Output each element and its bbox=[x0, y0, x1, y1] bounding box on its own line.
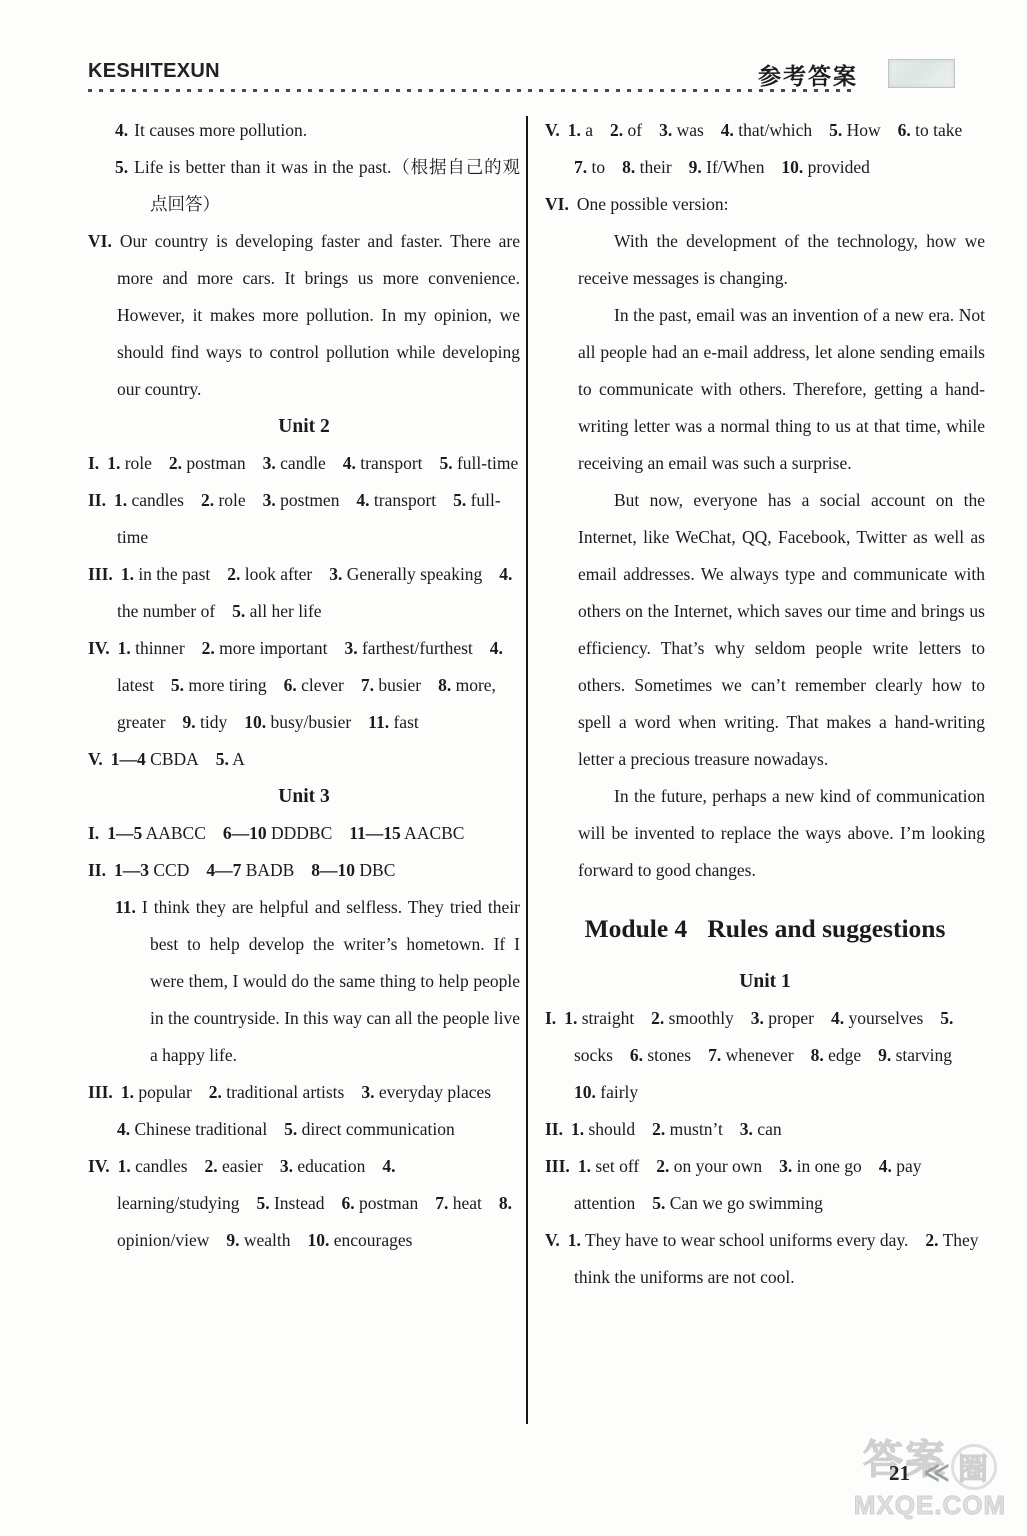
item-number: 5. bbox=[232, 601, 245, 621]
essay-paragraph: With the development of the technology, … bbox=[578, 223, 985, 297]
answer-item: 9. wealth bbox=[226, 1230, 290, 1250]
item-number: 4. bbox=[499, 564, 512, 584]
answer-item: 8—10 DBC bbox=[311, 860, 395, 880]
answer-items: 1. They have to wear school uniforms eve… bbox=[568, 1230, 979, 1287]
item-number: 1. bbox=[114, 490, 127, 510]
answer-item: 1. should bbox=[571, 1119, 635, 1139]
section-label: III. bbox=[88, 1082, 113, 1102]
section-label: VI. bbox=[88, 231, 112, 251]
item-number: 3. bbox=[659, 120, 672, 140]
answer-item: 2. traditional artists bbox=[209, 1082, 345, 1102]
unit-2-heading: Unit 2 bbox=[88, 408, 520, 445]
item-number: 2. bbox=[201, 490, 214, 510]
section-label: I. bbox=[545, 1008, 556, 1028]
answer-item: 2. more important bbox=[202, 638, 328, 658]
item-number: 5. bbox=[171, 675, 184, 695]
item-number: 2. bbox=[656, 1156, 669, 1176]
answer-items: 1. in the past 2. look after 3. Generall… bbox=[117, 564, 512, 621]
section-label: IV. bbox=[88, 638, 110, 658]
answer-item: 10. provided bbox=[781, 157, 869, 177]
answer-item: 6. clever bbox=[284, 675, 344, 695]
answer-item: 11. fast bbox=[368, 712, 419, 732]
answer-item: 1—5 AABCC bbox=[107, 823, 206, 843]
answer-item: 7. to bbox=[574, 157, 605, 177]
item-number: 5. bbox=[216, 749, 229, 769]
item-number: 9. bbox=[689, 157, 702, 177]
item-number: 5. bbox=[115, 157, 128, 177]
essay-paragraph: In the past, email was an invention of a… bbox=[578, 297, 985, 482]
item-number: 2. bbox=[202, 638, 215, 658]
answer-items: 1. should 2. mustn’t 3. can bbox=[571, 1119, 782, 1139]
answer-items: 1. candles 2. role 3. postmen 4. transpo… bbox=[114, 490, 501, 547]
item-number: 3. bbox=[263, 453, 276, 473]
answer-item: 5. How bbox=[829, 120, 881, 140]
answer-item: 6. stones bbox=[630, 1045, 691, 1065]
essay-paragraph: But now, everyone has a social account o… bbox=[578, 482, 985, 778]
module-title: Rules and suggestions bbox=[707, 914, 945, 943]
answer-item: 2. postman bbox=[169, 453, 246, 473]
section-line: III.1. set off 2. on your own 3. in one … bbox=[545, 1148, 985, 1222]
answer-items: 1. candles 2. easier 3. education 4. lea… bbox=[117, 1156, 512, 1250]
item-number: 1. bbox=[121, 1082, 134, 1102]
item-number: 4. bbox=[382, 1156, 395, 1176]
answer-item: 4. transport bbox=[356, 490, 436, 510]
answer-item: 5. Can we go swimming bbox=[652, 1193, 823, 1213]
answer-item: 3. in one go bbox=[779, 1156, 862, 1176]
item-number: 3. bbox=[751, 1008, 764, 1028]
item-number: 1. bbox=[571, 1119, 584, 1139]
answer-items: 1. role 2. postman 3. candle 4. transpor… bbox=[107, 453, 518, 473]
item-number: 1. bbox=[118, 1156, 131, 1176]
answer-text: It causes more pollution. bbox=[134, 120, 307, 140]
section-label: III. bbox=[88, 564, 113, 584]
watermark-badge-icon: 圈 bbox=[951, 1444, 997, 1490]
item-number: 1—3 bbox=[114, 860, 149, 880]
section-line: II.1. should 2. mustn’t 3. can bbox=[545, 1111, 985, 1148]
answer-item: 1. set off bbox=[578, 1156, 639, 1176]
answer-item: 7. busier bbox=[361, 675, 421, 695]
answer-item: 4. transport bbox=[343, 453, 423, 473]
answer-item: 4. that/which bbox=[721, 120, 812, 140]
item-number: 8. bbox=[499, 1193, 512, 1213]
brand-logo-text: KESHITEXUN bbox=[88, 60, 220, 83]
section-label: I. bbox=[88, 823, 99, 843]
item-number: 1. bbox=[107, 453, 120, 473]
item-number: 4. bbox=[343, 453, 356, 473]
item-number: 3. bbox=[779, 1156, 792, 1176]
answer-item: 3. Generally speaking bbox=[329, 564, 482, 584]
answer-item: 1—3 CCD bbox=[114, 860, 189, 880]
section-line: V.1. a 2. of 3. was 4. that/which 5. How… bbox=[545, 112, 985, 186]
section-text: One possible version: bbox=[577, 194, 729, 214]
answer-item: 3. can bbox=[740, 1119, 782, 1139]
section-vi-paragraph: VI.Our country is developing faster and … bbox=[88, 223, 520, 408]
section-line: III.1. in the past 2. look after 3. Gene… bbox=[88, 556, 520, 630]
answer-item: 3. farthest/furthest bbox=[344, 638, 472, 658]
item-number: 9. bbox=[878, 1045, 891, 1065]
answer-items: 1—5 AABCC 6—10 DDDBC 11—15 AACBC bbox=[107, 823, 464, 843]
answer-items: 1. straight 2. smoothly 3. proper 4. you… bbox=[564, 1008, 964, 1102]
answer-item: 6—10 DDDBC bbox=[223, 823, 332, 843]
section-label: IV. bbox=[88, 1156, 110, 1176]
item-number: 1—4 bbox=[111, 749, 146, 769]
answer-item: 3. education bbox=[280, 1156, 366, 1176]
section-line: III.1. popular 2. traditional artists 3.… bbox=[88, 1074, 520, 1148]
item-number: 1. bbox=[568, 120, 581, 140]
item-number: 8—10 bbox=[311, 860, 355, 880]
answer-item: 3. proper bbox=[751, 1008, 814, 1028]
item-number: 2. bbox=[610, 120, 623, 140]
page-number: 21 bbox=[889, 1461, 910, 1486]
item-number: 5. bbox=[829, 120, 842, 140]
item-number: 8. bbox=[622, 157, 635, 177]
item-number: 3. bbox=[361, 1082, 374, 1102]
answer-item: 4. yourselves bbox=[831, 1008, 923, 1028]
answer-item: 10. busy/busier bbox=[244, 712, 351, 732]
answer-item: 1. role bbox=[107, 453, 152, 473]
item-number: 10. bbox=[307, 1230, 329, 1250]
answer-item: 2. of bbox=[610, 120, 642, 140]
answer-item: 9. starving bbox=[878, 1045, 952, 1065]
answer-item: 1. popular bbox=[121, 1082, 192, 1102]
item-number: 2. bbox=[209, 1082, 222, 1102]
item-number: 4. bbox=[879, 1156, 892, 1176]
answer-items: 1. popular 2. traditional artists 3. eve… bbox=[117, 1082, 504, 1139]
section-label: VI. bbox=[545, 194, 569, 214]
item-number: 1—5 bbox=[107, 823, 142, 843]
answer-item: 10. encourages bbox=[307, 1230, 412, 1250]
item-number: 1. bbox=[121, 564, 134, 584]
section-line: I.1. role 2. postman 3. candle 4. transp… bbox=[88, 445, 520, 482]
section-label: II. bbox=[545, 1119, 563, 1139]
item-number: 9. bbox=[226, 1230, 239, 1250]
section-label: III. bbox=[545, 1156, 570, 1176]
answer-item: 5. Instead bbox=[256, 1193, 324, 1213]
answer-line: 5.Life is better than it was in the past… bbox=[115, 149, 520, 223]
answer-text: I think they are helpful and selfless. T… bbox=[142, 897, 520, 1065]
answer-item: 2. on your own bbox=[656, 1156, 762, 1176]
header-divider-dashed bbox=[88, 89, 858, 92]
item-number: 8. bbox=[438, 675, 451, 695]
answer-item: 10. fairly bbox=[574, 1082, 638, 1102]
item-number: 11. bbox=[368, 712, 389, 732]
chevron-left-icon: ≪ bbox=[923, 1458, 950, 1488]
scanned-answer-page: KESHITEXUN 参考答案 4.It causes more polluti… bbox=[0, 0, 1027, 1536]
section-line: II.1. candles 2. role 3. postmen 4. tran… bbox=[88, 482, 520, 556]
item-number: 7. bbox=[708, 1045, 721, 1065]
answer-item: 9. If/When bbox=[689, 157, 765, 177]
answer-item: 7. heat bbox=[435, 1193, 482, 1213]
item-number: 6. bbox=[898, 120, 911, 140]
answer-item: 3. was bbox=[659, 120, 704, 140]
unit-3-heading: Unit 3 bbox=[88, 778, 520, 815]
answer-item: 6. to take bbox=[898, 120, 963, 140]
item-number: 2. bbox=[925, 1230, 938, 1250]
item-number: 4. bbox=[490, 638, 503, 658]
item-number: 6. bbox=[341, 1193, 354, 1213]
answer-item: 1—4 CBDA bbox=[111, 749, 199, 769]
section-line: IV.1. candles 2. easier 3. education 4. … bbox=[88, 1148, 520, 1259]
module-label: Module 4 bbox=[585, 914, 688, 943]
item-number: 6. bbox=[630, 1045, 643, 1065]
answer-line-essay: 11.I think they are helpful and selfless… bbox=[115, 889, 520, 1074]
section-label: V. bbox=[545, 1230, 560, 1250]
answer-line: 4.It causes more pollution. bbox=[115, 112, 520, 149]
right-column: V.1. a 2. of 3. was 4. that/which 5. How… bbox=[545, 112, 985, 1296]
answer-item: 2. look after bbox=[227, 564, 312, 584]
item-number: 3. bbox=[344, 638, 357, 658]
item-number: 1. bbox=[568, 1230, 581, 1250]
item-number: 4. bbox=[115, 120, 128, 140]
answer-item: 3. everyday places bbox=[361, 1082, 491, 1102]
section-label: II. bbox=[88, 490, 106, 510]
item-number: 11—15 bbox=[349, 823, 401, 843]
answer-items: 1. a 2. of 3. was 4. that/which 5. How 6… bbox=[568, 120, 975, 177]
item-number: 1. bbox=[118, 638, 131, 658]
item-number: 5. bbox=[256, 1193, 269, 1213]
answer-item: 2. easier bbox=[205, 1156, 263, 1176]
answer-item: 6. postman bbox=[341, 1193, 418, 1213]
answer-item: 8. their bbox=[622, 157, 672, 177]
page-title: 参考答案 bbox=[758, 58, 858, 91]
item-number: 5. bbox=[453, 490, 466, 510]
item-number: 5. bbox=[439, 453, 452, 473]
section-line: IV.1. thinner 2. more important 3. farth… bbox=[88, 630, 520, 741]
answer-items: 1—3 CCD 4—7 BADB 8—10 DBC bbox=[114, 860, 395, 880]
section-label: V. bbox=[545, 120, 560, 140]
answer-item: 5. all her life bbox=[232, 601, 321, 621]
item-number: 3. bbox=[740, 1119, 753, 1139]
answer-items: 1—4 CBDA 5. A bbox=[111, 749, 245, 769]
item-number: 4—7 bbox=[206, 860, 241, 880]
stamp-box bbox=[888, 59, 955, 88]
item-number: 7. bbox=[435, 1193, 448, 1213]
answer-item: 9. tidy bbox=[183, 712, 228, 732]
item-number: 2. bbox=[169, 453, 182, 473]
answer-item: 1. candles bbox=[118, 1156, 188, 1176]
section-label: I. bbox=[88, 453, 99, 473]
answer-item: 2. smoothly bbox=[651, 1008, 734, 1028]
item-number: 3. bbox=[329, 564, 342, 584]
item-number: 2. bbox=[227, 564, 240, 584]
answer-item: 4—7 BADB bbox=[206, 860, 294, 880]
answer-item: 1. a bbox=[568, 120, 593, 140]
answer-item: 2. role bbox=[201, 490, 246, 510]
section-text: Our country is developing faster and fas… bbox=[117, 231, 520, 399]
item-number: 4. bbox=[831, 1008, 844, 1028]
answer-item: 1. in the past bbox=[121, 564, 210, 584]
section-line: I.1—5 AABCC 6—10 DDDBC 11—15 AACBC bbox=[88, 815, 520, 852]
answer-item: 1. They have to wear school uniforms eve… bbox=[568, 1230, 909, 1250]
answer-item: 8. edge bbox=[811, 1045, 862, 1065]
section-label: V. bbox=[88, 749, 103, 769]
item-number: 10. bbox=[244, 712, 266, 732]
watermark-site: MXQE.COM bbox=[833, 1490, 1027, 1520]
item-number: 3. bbox=[263, 490, 276, 510]
item-number: 7. bbox=[361, 675, 374, 695]
answer-item: 5. full-time bbox=[439, 453, 518, 473]
section-line: V.1—4 CBDA 5. A bbox=[88, 741, 520, 778]
item-number: 3. bbox=[280, 1156, 293, 1176]
item-number: 2. bbox=[651, 1008, 664, 1028]
item-number: 1. bbox=[564, 1008, 577, 1028]
item-number: 4. bbox=[356, 490, 369, 510]
answer-item: 3. postmen bbox=[263, 490, 340, 510]
item-number: 6—10 bbox=[223, 823, 267, 843]
item-number: 4. bbox=[117, 1119, 130, 1139]
answer-items: 1. set off 2. on your own 3. in one go 4… bbox=[574, 1156, 922, 1213]
answer-item: 5. more tiring bbox=[171, 675, 267, 695]
section-line: II.1—3 CCD 4—7 BADB 8—10 DBC bbox=[88, 852, 520, 889]
answer-item: 1. thinner bbox=[118, 638, 185, 658]
item-number: 7. bbox=[574, 157, 587, 177]
item-number: 5. bbox=[652, 1193, 665, 1213]
answer-item: 2. mustn’t bbox=[652, 1119, 723, 1139]
item-number: 1. bbox=[578, 1156, 591, 1176]
section-vi-intro: VI.One possible version: bbox=[545, 186, 985, 223]
item-number: 10. bbox=[781, 157, 803, 177]
item-number: 2. bbox=[652, 1119, 665, 1139]
answer-item: 5. A bbox=[216, 749, 245, 769]
answer-text: Life is better than it was in the past.（… bbox=[134, 157, 520, 214]
item-number: 9. bbox=[183, 712, 196, 732]
answer-item: 5. direct communication bbox=[284, 1119, 455, 1139]
answer-item: 7. whenever bbox=[708, 1045, 794, 1065]
item-number: 5. bbox=[940, 1008, 953, 1028]
unit-1-heading: Unit 1 bbox=[545, 963, 985, 1000]
answer-item: 3. candle bbox=[263, 453, 326, 473]
item-number: 4. bbox=[721, 120, 734, 140]
column-divider-rule bbox=[526, 116, 528, 1424]
answer-item: 4. Chinese traditional bbox=[117, 1119, 267, 1139]
left-column: 4.It causes more pollution. 5.Life is be… bbox=[88, 112, 520, 1259]
answer-item: 1. candles bbox=[114, 490, 184, 510]
section-line: V.1. They have to wear school uniforms e… bbox=[545, 1222, 985, 1296]
answer-item: 1. straight bbox=[564, 1008, 634, 1028]
section-label: II. bbox=[88, 860, 106, 880]
item-number: 10. bbox=[574, 1082, 596, 1102]
essay-paragraph: In the future, perhaps a new kind of com… bbox=[578, 778, 985, 889]
answer-items: 1. thinner 2. more important 3. farthest… bbox=[117, 638, 503, 732]
module-4-heading: Module 4Rules and suggestions bbox=[545, 913, 985, 945]
section-line: I.1. straight 2. smoothly 3. proper 4. y… bbox=[545, 1000, 985, 1111]
item-number: 8. bbox=[811, 1045, 824, 1065]
answer-item: 11—15 AACBC bbox=[349, 823, 464, 843]
item-number: 6. bbox=[284, 675, 297, 695]
item-number: 11. bbox=[115, 897, 136, 917]
item-number: 2. bbox=[205, 1156, 218, 1176]
item-number: 5. bbox=[284, 1119, 297, 1139]
